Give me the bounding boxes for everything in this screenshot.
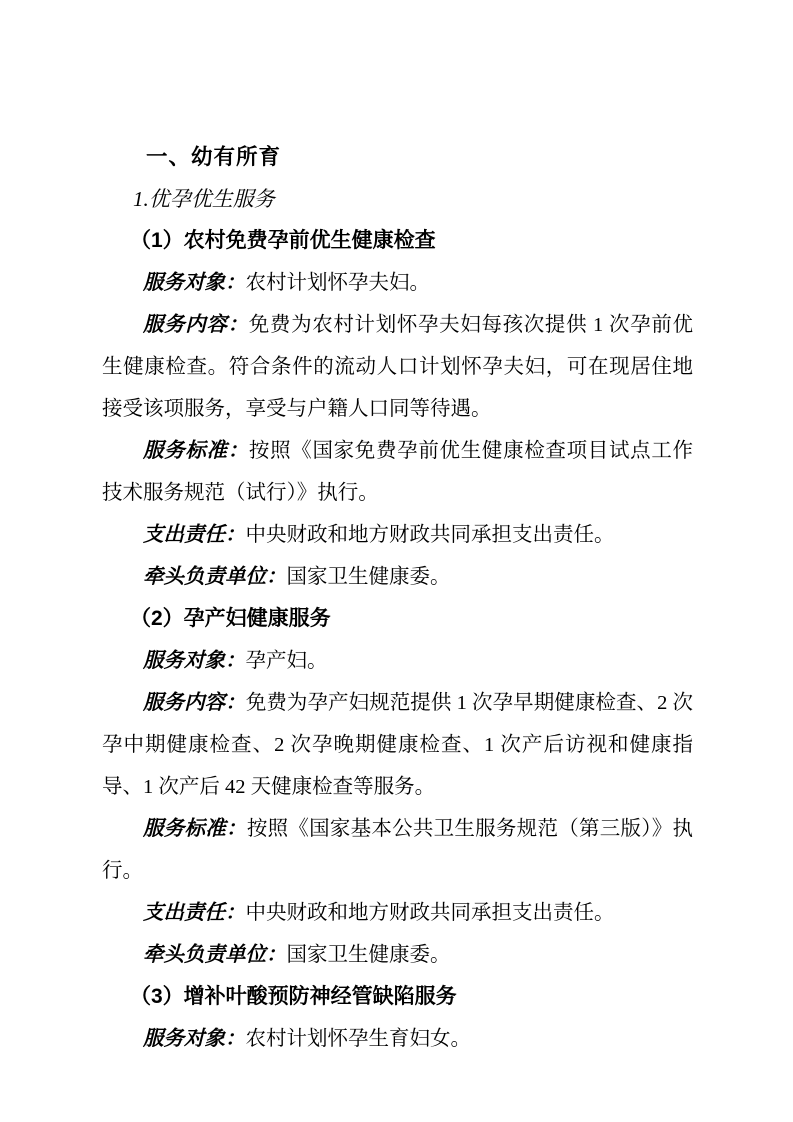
field-text-service-target: 农村计划怀孕夫妇。 (246, 272, 431, 294)
item-3-heading: （3）增补叶酸预防神经管缺陷服务 (102, 976, 693, 1018)
field-text-service-target: 孕产妇。 (246, 650, 328, 672)
field-label-service-target: 服务对象： (143, 650, 246, 672)
service-item-1: （1）农村免费孕前优生健康检查 服务对象：农村计划怀孕夫妇。 服务内容：免费为农… (102, 220, 693, 598)
document-page: 一、幼有所育 1.优孕优生服务 （1）农村免费孕前优生健康检查 服务对象：农村计… (0, 0, 793, 1122)
field-label-expenditure-responsibility: 支出责任： (143, 524, 246, 546)
item-2-heading: （2）孕产妇健康服务 (102, 598, 693, 640)
item-2-service-standard: 服务标准：按照《国家基本公共卫生服务规范（第三版）》执行。 (102, 808, 693, 892)
field-label-lead-unit: 牵头负责单位： (143, 566, 287, 588)
field-text-expenditure-responsibility: 中央财政和地方财政共同承担支出责任。 (246, 902, 615, 924)
field-label-service-standard: 服务标准： (143, 818, 247, 840)
item-2-lead-unit: 牵头负责单位：国家卫生健康委。 (102, 934, 693, 976)
field-label-service-content: 服务内容： (143, 692, 246, 714)
item-2-service-content: 服务内容：免费为孕产妇规范提供 1 次孕早期健康检查、2 次孕中期健康检查、2 … (102, 682, 693, 808)
item-1-expenditure-responsibility: 支出责任：中央财政和地方财政共同承担支出责任。 (102, 514, 693, 556)
item-2-service-target: 服务对象：孕产妇。 (102, 640, 693, 682)
item-1-heading: （1）农村免费孕前优生健康检查 (102, 220, 693, 262)
field-label-service-target: 服务对象： (143, 272, 246, 294)
item-1-service-standard: 服务标准：按照《国家免费孕前优生健康检查项目试点工作技术服务规范（试行）》执行。 (102, 430, 693, 514)
service-item-2: （2）孕产妇健康服务 服务对象：孕产妇。 服务内容：免费为孕产妇规范提供 1 次… (102, 598, 693, 976)
field-label-lead-unit: 牵头负责单位： (143, 944, 287, 966)
item-1-service-target: 服务对象：农村计划怀孕夫妇。 (102, 262, 693, 304)
field-text-lead-unit: 国家卫生健康委。 (287, 566, 451, 588)
item-2-expenditure-responsibility: 支出责任：中央财政和地方财政共同承担支出责任。 (102, 892, 693, 934)
field-label-expenditure-responsibility: 支出责任： (143, 902, 246, 924)
section-heading: 一、幼有所育 (102, 136, 693, 178)
item-1-service-content: 服务内容：免费为农村计划怀孕夫妇每孩次提供 1 次孕前优生健康检查。符合条件的流… (102, 304, 693, 430)
service-item-3: （3）增补叶酸预防神经管缺陷服务 服务对象：农村计划怀孕生育妇女。 (102, 976, 693, 1060)
item-1-lead-unit: 牵头负责单位：国家卫生健康委。 (102, 556, 693, 598)
item-3-service-target: 服务对象：农村计划怀孕生育妇女。 (102, 1018, 693, 1060)
field-text-lead-unit: 国家卫生健康委。 (287, 944, 451, 966)
field-text-service-target: 农村计划怀孕生育妇女。 (246, 1028, 472, 1050)
field-label-service-content: 服务内容： (143, 314, 249, 336)
field-label-service-standard: 服务标准： (143, 440, 249, 462)
field-text-expenditure-responsibility: 中央财政和地方财政共同承担支出责任。 (246, 524, 615, 546)
subsection-heading: 1.优孕优生服务 (102, 178, 693, 220)
field-label-service-target: 服务对象： (143, 1028, 246, 1050)
